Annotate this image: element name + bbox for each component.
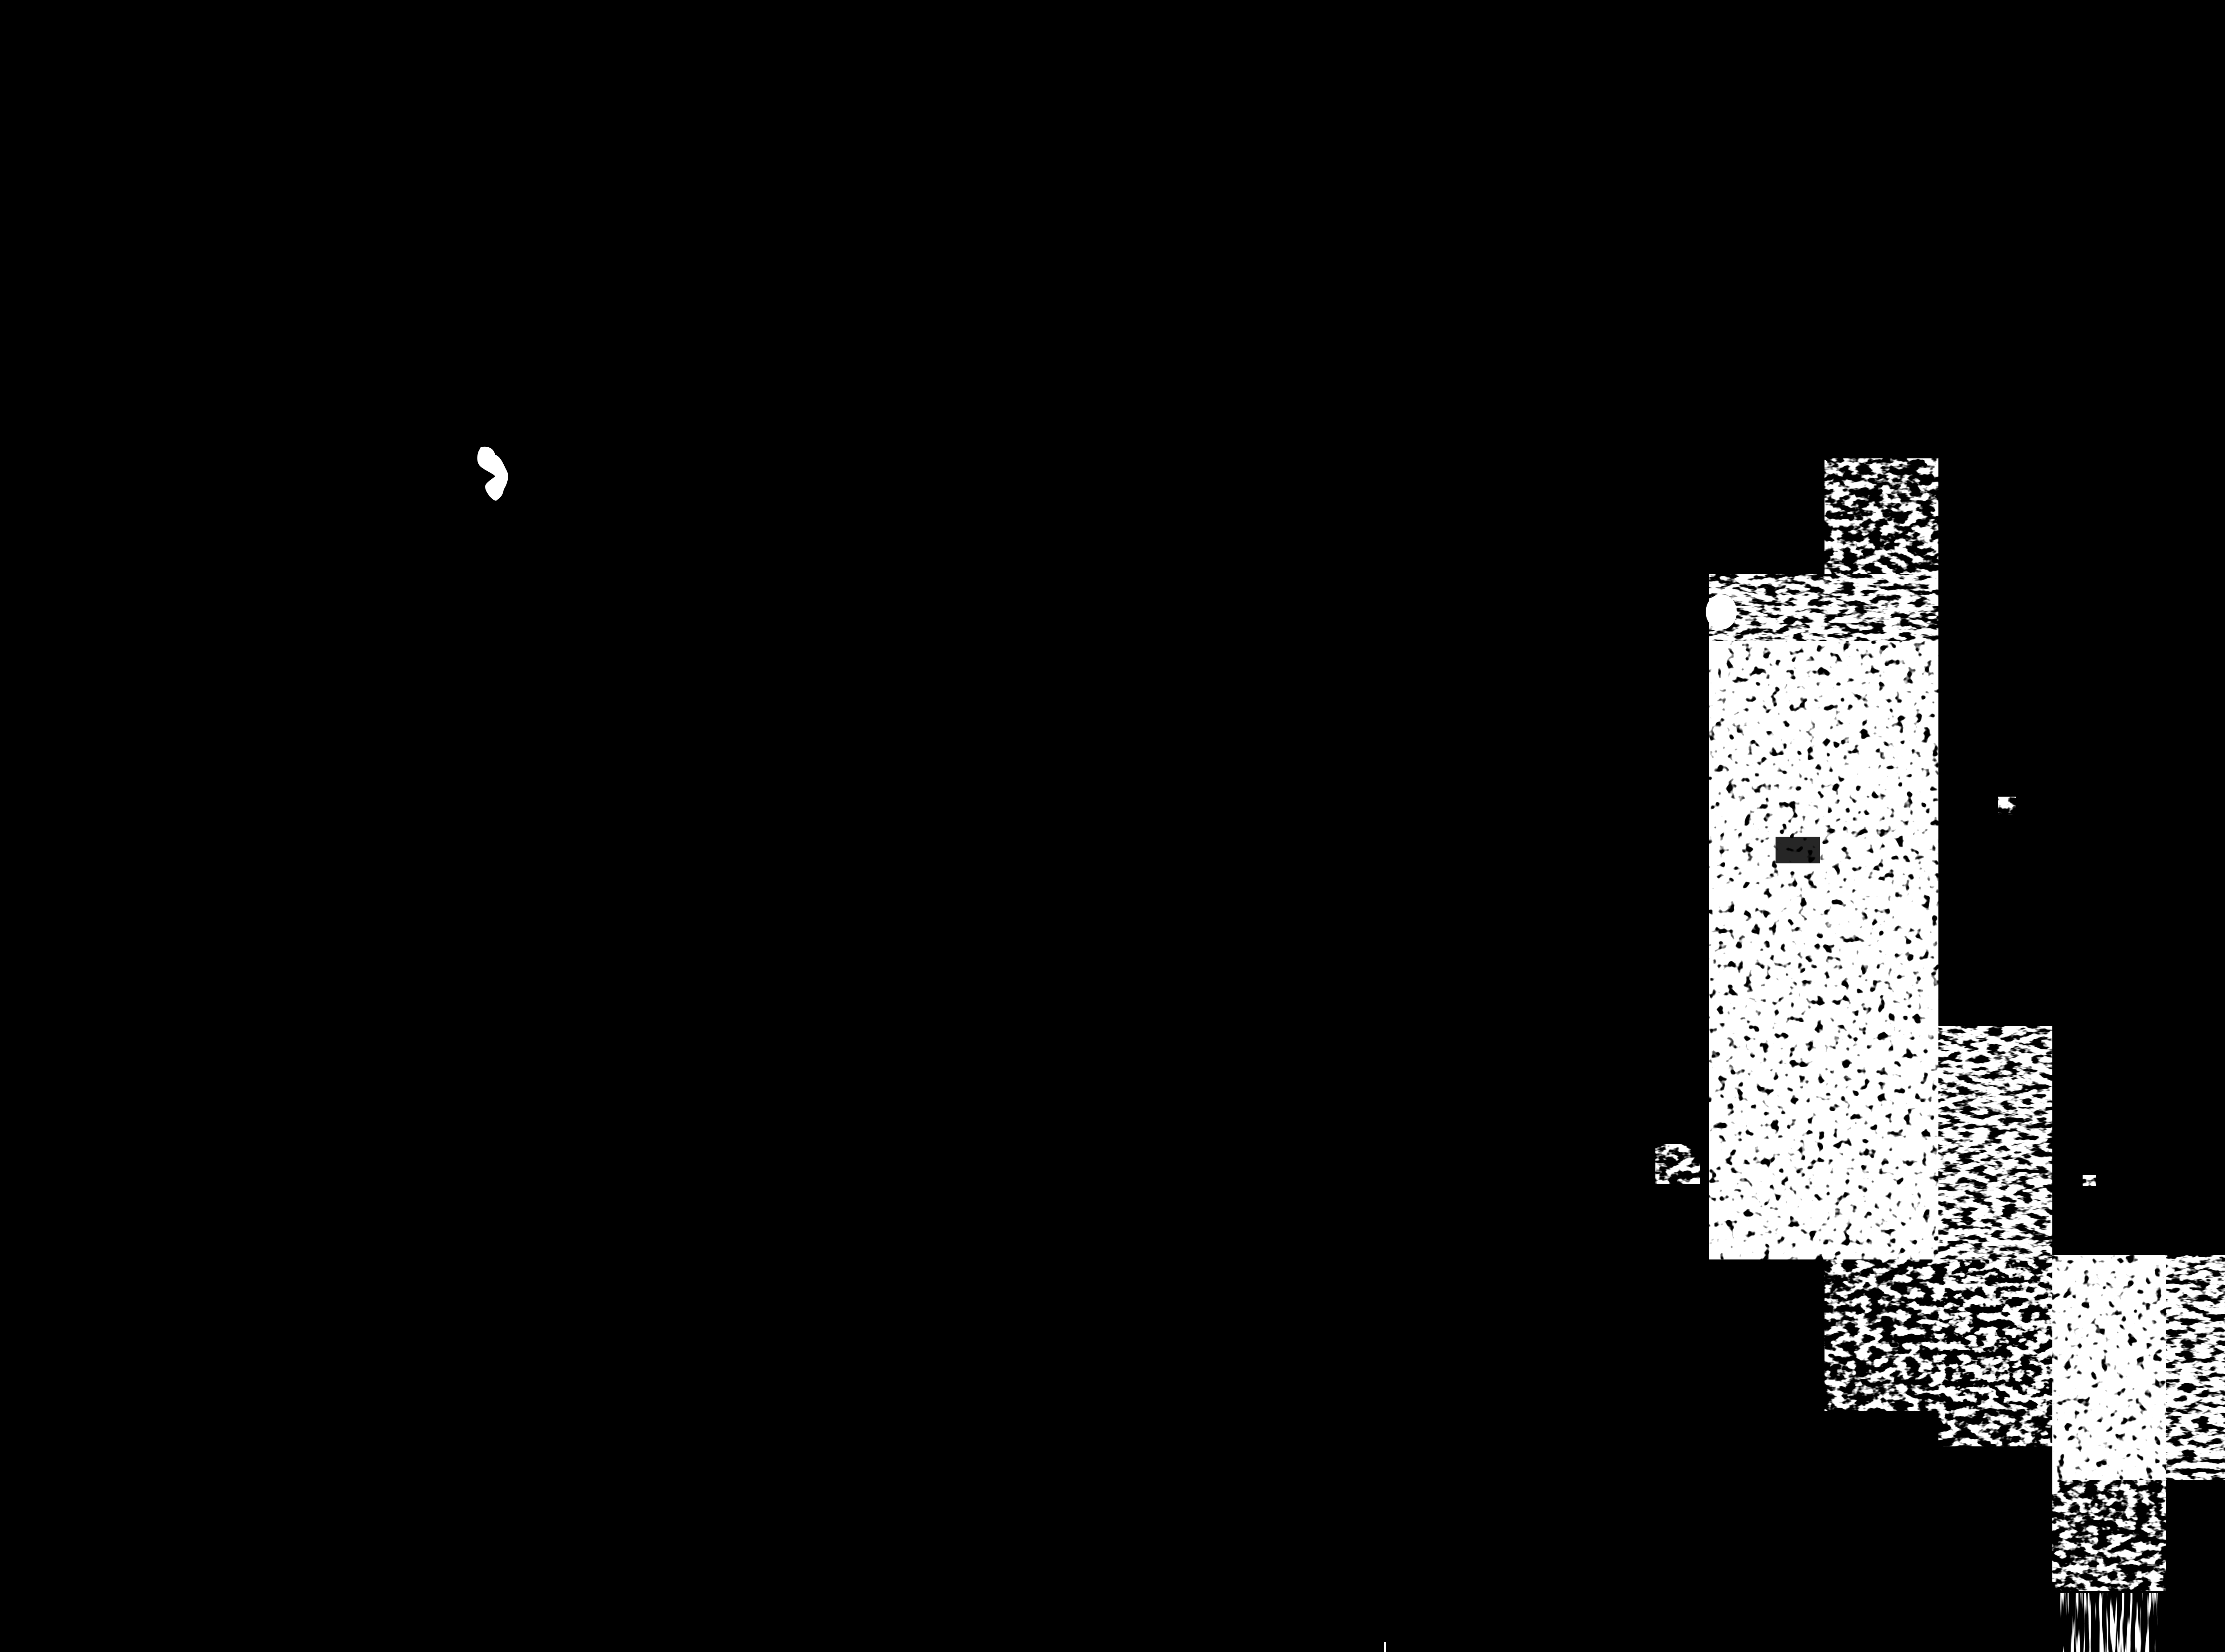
tile-bottom-column bbox=[2052, 1480, 2166, 1652]
tile-large-solid bbox=[1709, 641, 1938, 1259]
mask-canvas bbox=[0, 0, 2225, 1652]
tile-upper-band bbox=[1706, 574, 1938, 641]
tile-lower-solid bbox=[2052, 1255, 2166, 1480]
isolated-blob bbox=[477, 447, 508, 501]
tile-lower-right bbox=[2166, 1255, 2225, 1480]
tile-top bbox=[1824, 458, 1938, 574]
segmentation-mask bbox=[0, 0, 2225, 1652]
